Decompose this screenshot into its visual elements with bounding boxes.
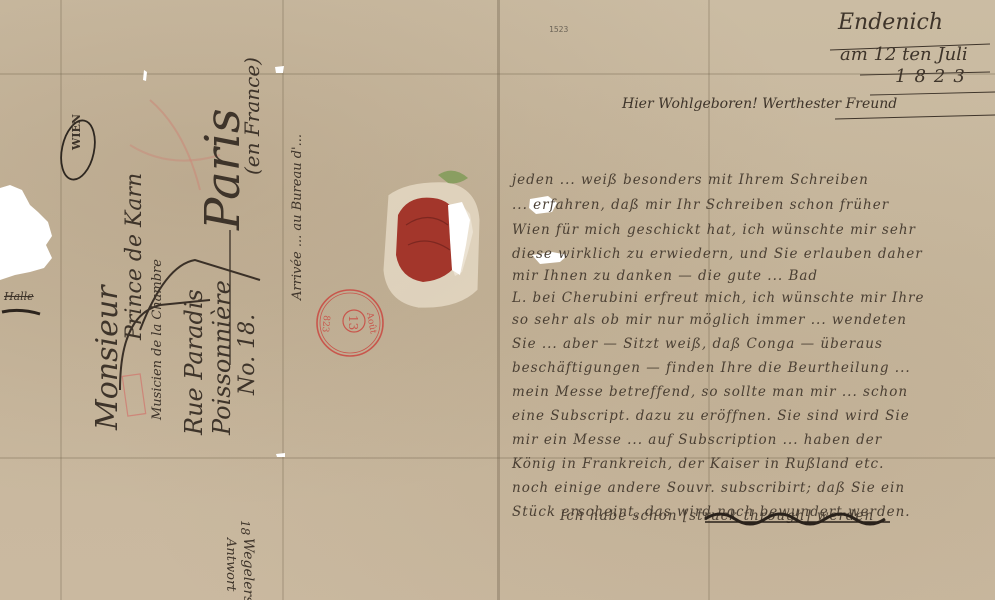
- body-line: mein Messe betreffend, so sollte man mir…: [512, 384, 908, 400]
- body-line: beschäftigungen — finden Ihre die Beurth…: [512, 360, 911, 376]
- svg-text:13: 13: [346, 315, 360, 330]
- ink-smudge: [0, 280, 60, 320]
- body-line: jeden ... weiß besonders mit Ihrem Schre…: [512, 172, 869, 188]
- docket-note: Antwort: [223, 538, 238, 591]
- postmark-wien: WIEN: [70, 114, 83, 150]
- red-postmark: 13 Août 823: [312, 285, 392, 365]
- svg-text:Août: Août: [364, 311, 379, 335]
- address-line: Prince de Karn: [122, 173, 147, 340]
- archive-number: 1523: [549, 25, 568, 34]
- letter-body: jeden ... weiß besonders mit Ihrem Schre…: [512, 172, 992, 532]
- wax-seal: [378, 180, 488, 310]
- body-line: mir ein Messe ... auf Subscription ... h…: [512, 432, 882, 448]
- body-line: eine Subscript. dazu zu eröffnen. Sie si…: [512, 408, 910, 424]
- body-line: noch einige andere Souvr. subscribirt; d…: [512, 480, 905, 496]
- body-line: König in Frankreich, der Kaiser in Rußla…: [512, 456, 884, 472]
- letter-sheet: 1523 WIEN Monsieur Prince de Karn Musici…: [0, 0, 995, 600]
- body-line: L. bei Cherubini erfreut mich, ich wünsc…: [512, 290, 925, 306]
- body-line: diese wirklich zu erwiedern, und Sie erl…: [512, 246, 923, 262]
- body-line: so sehr als ob mir nur möglich immer ...…: [512, 312, 907, 328]
- address-number: No. 18.: [235, 314, 260, 395]
- salutation-underline: [830, 95, 995, 125]
- docket-number: 18: [238, 520, 252, 535]
- body-line: mir Ihnen zu danken — die gute ... Bad: [512, 268, 818, 284]
- address-line: Monsieur: [90, 285, 125, 430]
- recipient-note: Musicien de la Chambre: [150, 259, 165, 420]
- docket-name: Wegelers: [240, 538, 256, 600]
- svg-text:823: 823: [319, 315, 330, 333]
- address-line: Rue Paradis: [180, 289, 208, 435]
- header-underlines: [825, 0, 995, 110]
- body-line: Wien für mich geschickt hat, ich wünscht…: [512, 222, 916, 238]
- body-line: ... erfahren, daß mir Ihr Schreiben scho…: [512, 197, 889, 213]
- destination-country: (en France): [240, 57, 264, 175]
- strikethrough-scribble: [700, 504, 900, 534]
- address-line: Poissonnière: [208, 280, 236, 435]
- postal-note: Arrivée ... au Bureau d'...: [290, 134, 305, 300]
- body-line: Sie ... aber — Sitzt weiß, daß Conga — ü…: [512, 336, 883, 352]
